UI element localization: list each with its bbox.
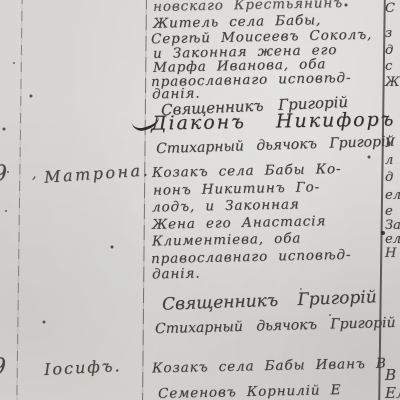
margin-fragment: Ел: [385, 384, 400, 400]
scanned-register-page: новскаго Крестьянинъ Житель села Бабы, С…: [0, 0, 400, 400]
margin-fragment: л: [385, 153, 393, 168]
margin-fragment: д: [385, 43, 393, 58]
clergy-signature-line: Священникъ Григорій: [162, 287, 377, 314]
entry-number-fragment: 9: [0, 162, 7, 187]
handwritten-line: Климентіева, оба: [152, 230, 302, 249]
paper-specks: [0, 0, 2, 2]
margin-fragment: с: [385, 59, 392, 74]
margin-fragment: д: [385, 170, 393, 185]
margin-fragment: Н: [385, 246, 396, 261]
margin-mark: ,: [32, 166, 36, 182]
clergy-signature-line: Діаконъ Никифоръ Ор: [151, 107, 400, 134]
handwritten-line: Козакъ села Бабы Ко-: [152, 161, 342, 181]
margin-fragment: В: [385, 366, 396, 384]
column-rule-middle: [142, 0, 147, 400]
margin-fragment: з: [385, 26, 392, 41]
handwritten-line: лодъ, и Законная: [152, 196, 300, 215]
margin-fragment: е: [385, 204, 393, 219]
margin-fragment: ел: [385, 188, 400, 203]
margin-fragment: ел: [385, 232, 400, 247]
column-rule-left: [16, 0, 22, 400]
handwritten-line: православнаго исповѣд-: [151, 247, 352, 267]
handwritten-line: Козакъ села Бабы Иванъ В: [152, 356, 387, 377]
margin-fragment: За: [385, 218, 400, 233]
clergy-signature-line: Стихарный дьячокъ Григорій С: [156, 133, 400, 157]
entry-name: Матрона.: [43, 160, 150, 186]
entry-name: Іосифъ.: [44, 356, 122, 379]
handwritten-line: данія.: [152, 265, 201, 282]
handwritten-line: Семеновъ Корнилій Е: [158, 382, 342, 400]
margin-fragment: У: [385, 136, 394, 151]
margin-fragment: С: [385, 1, 395, 16]
margin-fragment: Ж: [385, 75, 400, 90]
clergy-signature-line: Стихарный дьячокъ Григорій: [155, 315, 396, 337]
entry-number-fragment: 9: [0, 355, 6, 380]
